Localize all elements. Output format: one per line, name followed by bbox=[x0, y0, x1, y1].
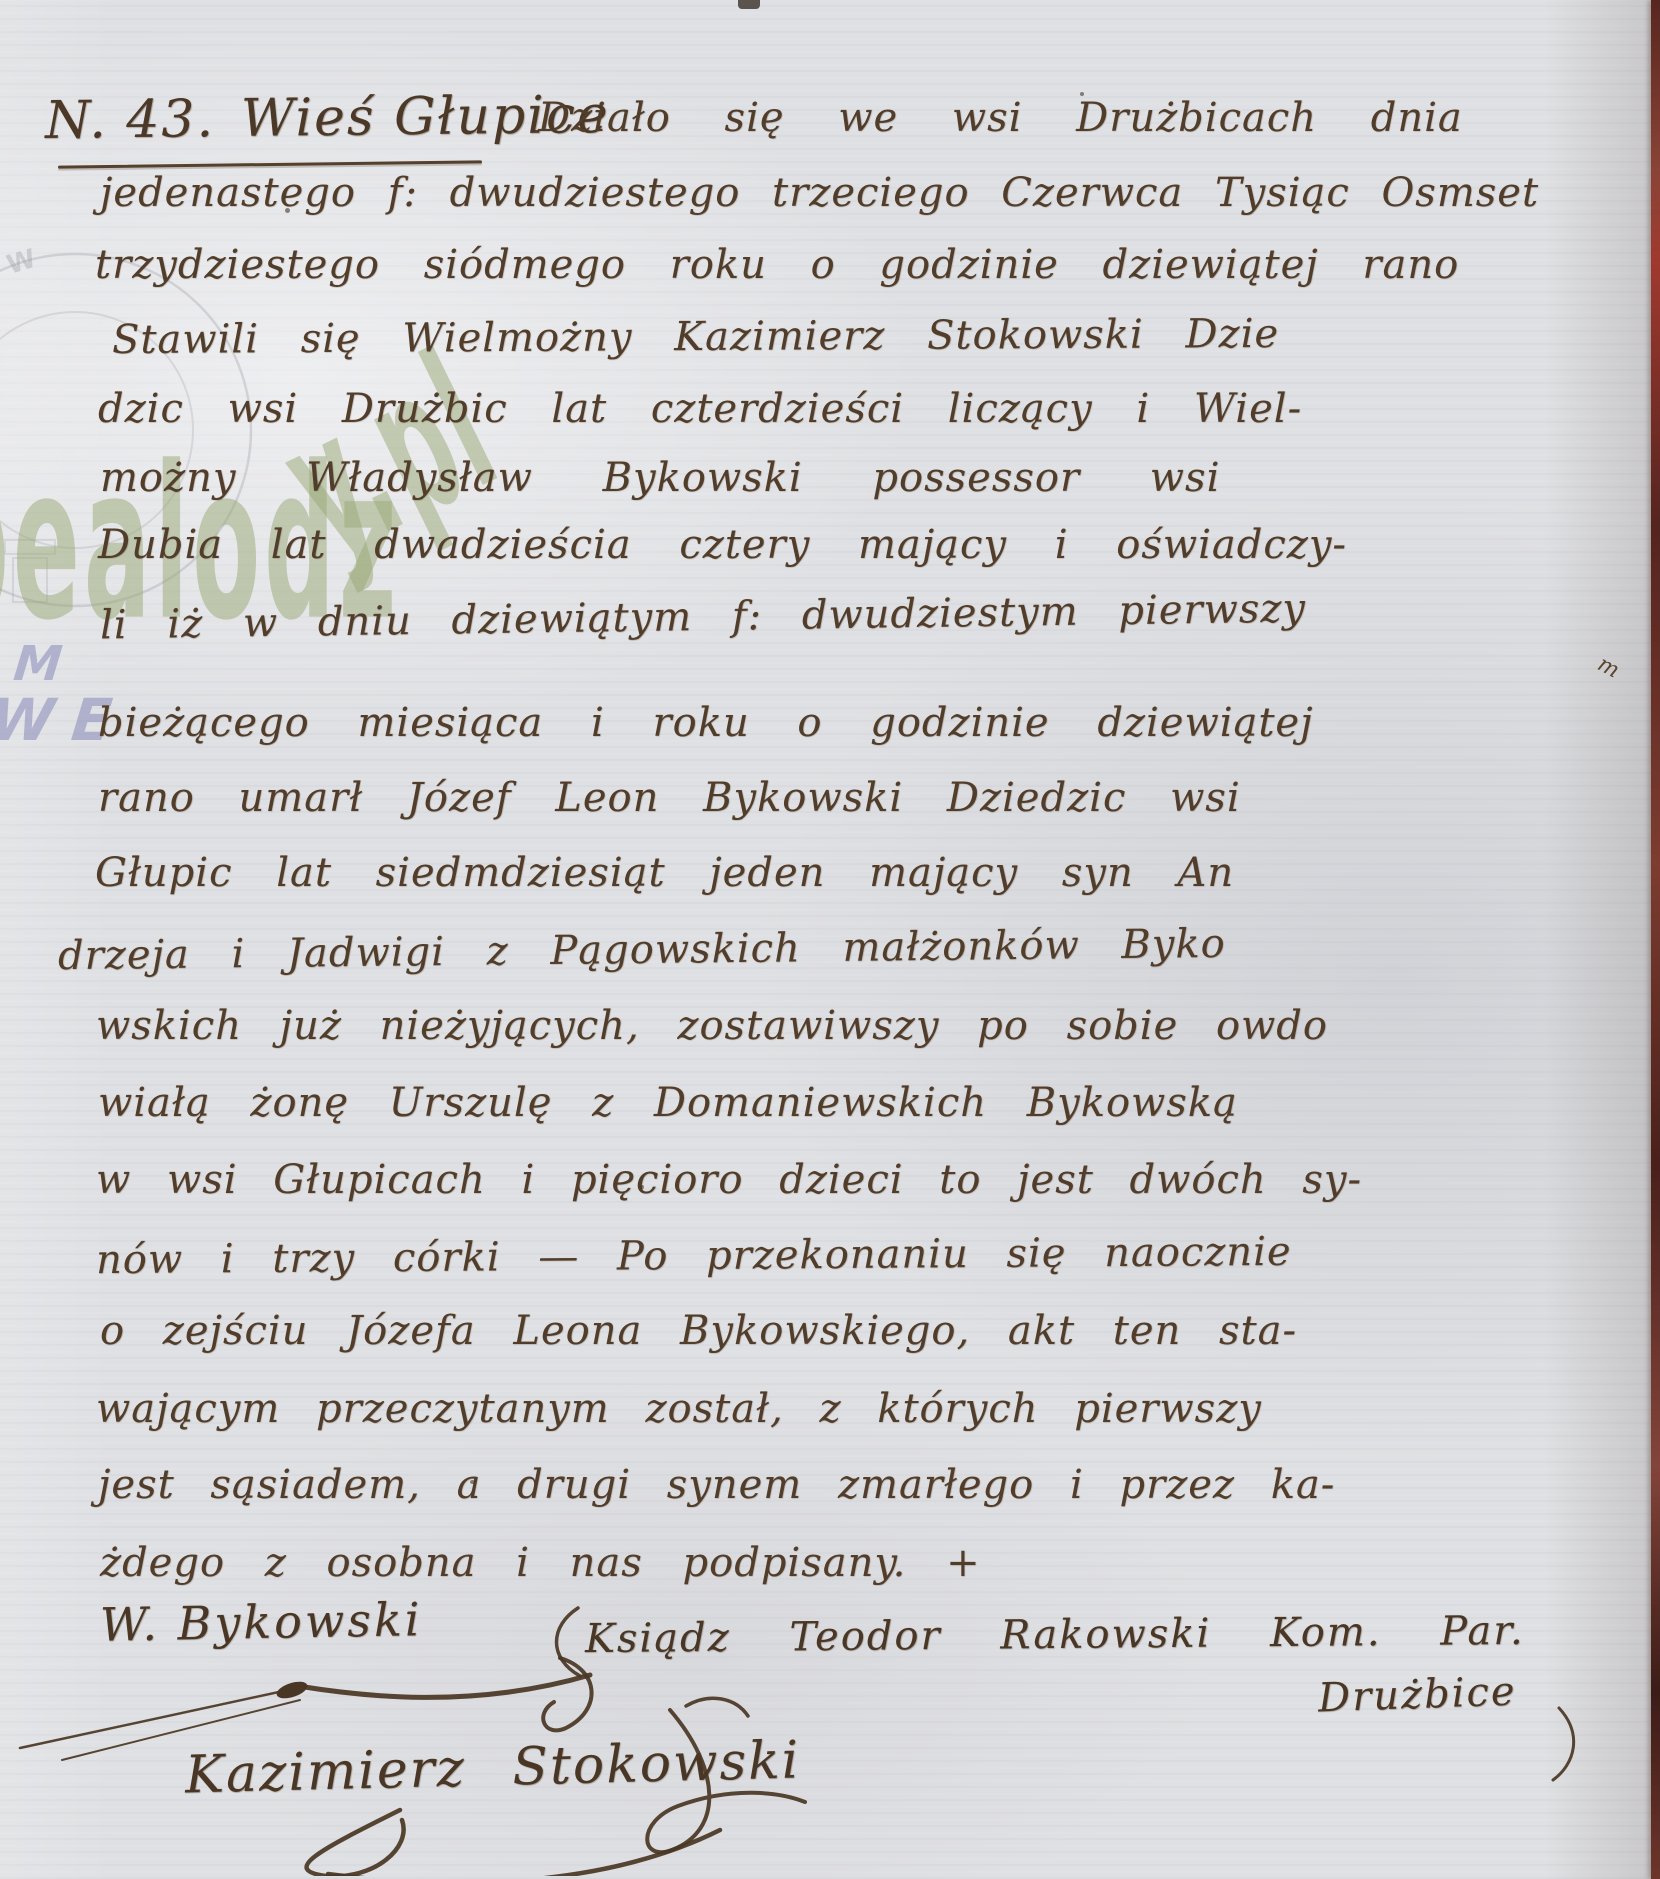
record-text-line: bieżącego miesiąca i roku o godzinie dzi… bbox=[98, 700, 1314, 746]
record-number: N. 43. bbox=[45, 89, 216, 151]
ink-speck bbox=[470, 1480, 475, 1484]
marginal-superscript: m bbox=[1593, 652, 1623, 684]
record-text-line: Głupic lat siedmdziesiąt jeden mający sy… bbox=[95, 850, 1234, 896]
death-record-scan-page: AŃSTW DZI bealodz y.pl M WE N. 43.Wieś G… bbox=[0, 0, 1660, 1879]
record-text-line: wiałą żonę Urszulę z Domaniewskich Bykow… bbox=[98, 1080, 1238, 1126]
record-text-line: wającym przeczytanym został, z których p… bbox=[96, 1386, 1262, 1432]
record-text-line: o zejściu Józefa Leona Bykowskiego, akt … bbox=[100, 1308, 1297, 1354]
record-text-line: Działo się we wsi Drużbicach dnia bbox=[538, 95, 1463, 141]
signature-flourish-parish-tail bbox=[1545, 1700, 1607, 1792]
signature-priest-rakowski: Ksiądz Teodor Rakowski Kom. Par. bbox=[585, 1608, 1525, 1662]
page-edge-strip bbox=[1651, 0, 1660, 1879]
record-text-line: jedenastego f: dwudziestego trzeciego Cz… bbox=[100, 170, 1539, 216]
signature-parish-druzbice: Drużbice bbox=[1317, 1669, 1517, 1722]
svg-text:AŃSTW: AŃSTW bbox=[0, 242, 45, 344]
ink-speck bbox=[640, 1185, 644, 1189]
header-underline bbox=[58, 160, 482, 168]
record-text-line: rano umarł Józef Leon Bykowski Dziedzic … bbox=[98, 775, 1241, 821]
ink-speck bbox=[285, 208, 290, 213]
record-text-line: Stawili się Wielmożny Kazimierz Stokowsk… bbox=[112, 311, 1279, 363]
signature-witness-stokowski: Kazimierz Stokowski bbox=[184, 1730, 801, 1805]
stamp-arc-text-top: AŃSTW bbox=[0, 242, 45, 344]
record-text-line: jest sąsiadem, a drugi synem zmarłego i … bbox=[98, 1462, 1335, 1508]
record-text-line: żdego z osobna i nas podpisany. + bbox=[100, 1540, 981, 1586]
record-text-line: możny Władysław Bykowski possessor wsi bbox=[100, 455, 1220, 501]
archive-watermark-fragment-m: M bbox=[11, 636, 65, 692]
signature-witness-bykowski: W. Bykowski bbox=[100, 1592, 423, 1652]
record-header: N. 43.Wieś Głupice bbox=[45, 85, 610, 151]
record-text-line: w wsi Głupicach i pięcioro dzieci to jes… bbox=[96, 1157, 1362, 1203]
top-edge-mark bbox=[738, 0, 760, 9]
record-text-line: nów i trzy córki — Po przekonaniu się na… bbox=[96, 1229, 1292, 1283]
record-text-line: wskich już nieżyjących, zostawiwszy po s… bbox=[96, 1003, 1328, 1049]
record-text-line: trzydziestego siódmego roku o godzinie d… bbox=[95, 242, 1459, 288]
ink-speck bbox=[1080, 92, 1084, 96]
record-text-line: dzic wsi Drużbic lat czterdzieści licząc… bbox=[98, 386, 1302, 432]
record-text-line: Dubia lat dwadzieścia cztery mający i oś… bbox=[98, 522, 1347, 568]
record-text-line: drzeja i Jadwigi z Pągowskich małżonków … bbox=[58, 921, 1226, 979]
